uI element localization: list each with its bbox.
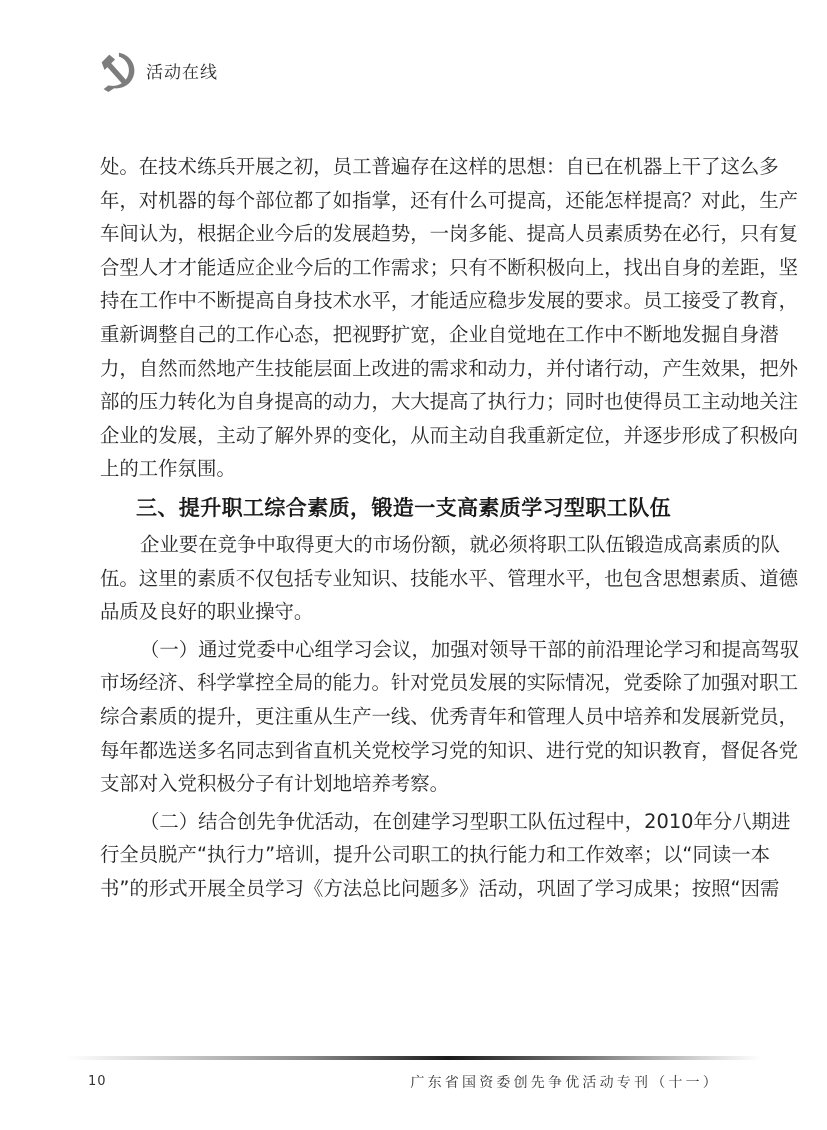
text-line: 支部对入党积极分子有计划地培养考察。 xyxy=(100,767,720,801)
text-line: 每年都选送多名同志到省直机关党校学习党的知识、进行党的知识教育，督促各党 xyxy=(100,734,720,768)
text-line: 企业的发展，主动了解外界的变化，从而主动自我重新定位，并逐步形成了积极向 xyxy=(100,419,720,453)
text-line: 上的工作氛围。 xyxy=(100,452,720,486)
section-heading: 三、提升职工综合素质，锻造一支高素质学习型职工队伍 xyxy=(100,488,720,528)
text-line: （一）通过党委中心组学习会议，加强对领导干部的前沿理论学习和提高驾驭 xyxy=(100,633,720,667)
hammer-and-sickle-icon xyxy=(94,47,140,93)
section-title: 活动在线 xyxy=(146,58,218,83)
page-header: 活动在线 xyxy=(94,46,218,94)
text-line: 书”的形式开展全员学习《方法总比问题多》活动，巩固了学习成果；按照“因需 xyxy=(100,872,720,906)
text-line: 市场经济、科学掌控全局的能力。针对党员发展的实际情况，党委除了加强对职工 xyxy=(100,666,720,700)
article-body: 处。在技术练兵开展之初，员工普遍存在这样的思想：自已在机器上干了这么多 年，对机… xyxy=(100,150,720,905)
text-line: 车间认为，根据企业今后的发展趋势，一岗多能、提高人员素质势在必行，只有复 xyxy=(100,217,720,251)
text-line: 企业要在竞争中取得更大的市场份额，就必须将职工队伍锻造成高素质的队 xyxy=(100,528,720,562)
text-line: 品质及良好的职业操守。 xyxy=(100,595,720,629)
text-line: 合型人才才能适应企业今后的工作需求；只有不断积极向上，找出自身的差距，坚 xyxy=(100,251,720,285)
text-line: 处。在技术练兵开展之初，员工普遍存在这样的思想：自已在机器上干了这么多 xyxy=(100,150,720,184)
paragraph: （一）通过党委中心组学习会议，加强对领导干部的前沿理论学习和提高驾驭 市场经济、… xyxy=(100,633,720,801)
text-line: 力，自然而然地产生技能层面上改进的需求和动力，并付诸行动，产生效果，把外 xyxy=(100,352,720,386)
text-line: 重新调整自己的工作心态，把视野扩宽，企业自觉地在工作中不断地发掘自身潜 xyxy=(100,318,720,352)
text-line: 部的压力转化为自身提高的动力，大大提高了执行力；同时也使得员工主动地关注 xyxy=(100,385,720,419)
text-line: （二）结合创先争优活动，在创建学习型职工队伍过程中，2010年分八期进 xyxy=(100,805,720,839)
text-line: 伍。这里的素质不仅包括专业知识、技能水平、管理水平，也包含思想素质、道德 xyxy=(100,562,720,596)
footer-divider xyxy=(66,1056,761,1060)
page-number: 10 xyxy=(88,1074,107,1089)
text-line: 年，对机器的每个部位都了如指掌，还有什么可提高，还能怎样提高？对此，生产 xyxy=(100,184,720,218)
publication-title: 广东省国资委创先争优活动专刊（十一） xyxy=(410,1072,720,1092)
text-line: 综合素质的提升，更注重从生产一线、优秀青年和管理人员中培养和发展新党员， xyxy=(100,700,720,734)
paragraph: （二）结合创先争优活动，在创建学习型职工队伍过程中，2010年分八期进 行全员脱… xyxy=(100,805,720,906)
text-line: 持在工作中不断提高自身技术水平，才能适应稳步发展的要求。员工接受了教育， xyxy=(100,284,720,318)
text-line: 行全员脱产“执行力”培训，提升公司职工的执行能力和工作效率；以“同读一本 xyxy=(100,838,720,872)
paragraph: 企业要在竞争中取得更大的市场份额，就必须将职工队伍锻造成高素质的队 伍。这里的素… xyxy=(100,528,720,629)
paragraph: 处。在技术练兵开展之初，员工普遍存在这样的思想：自已在机器上干了这么多 年，对机… xyxy=(100,150,720,486)
